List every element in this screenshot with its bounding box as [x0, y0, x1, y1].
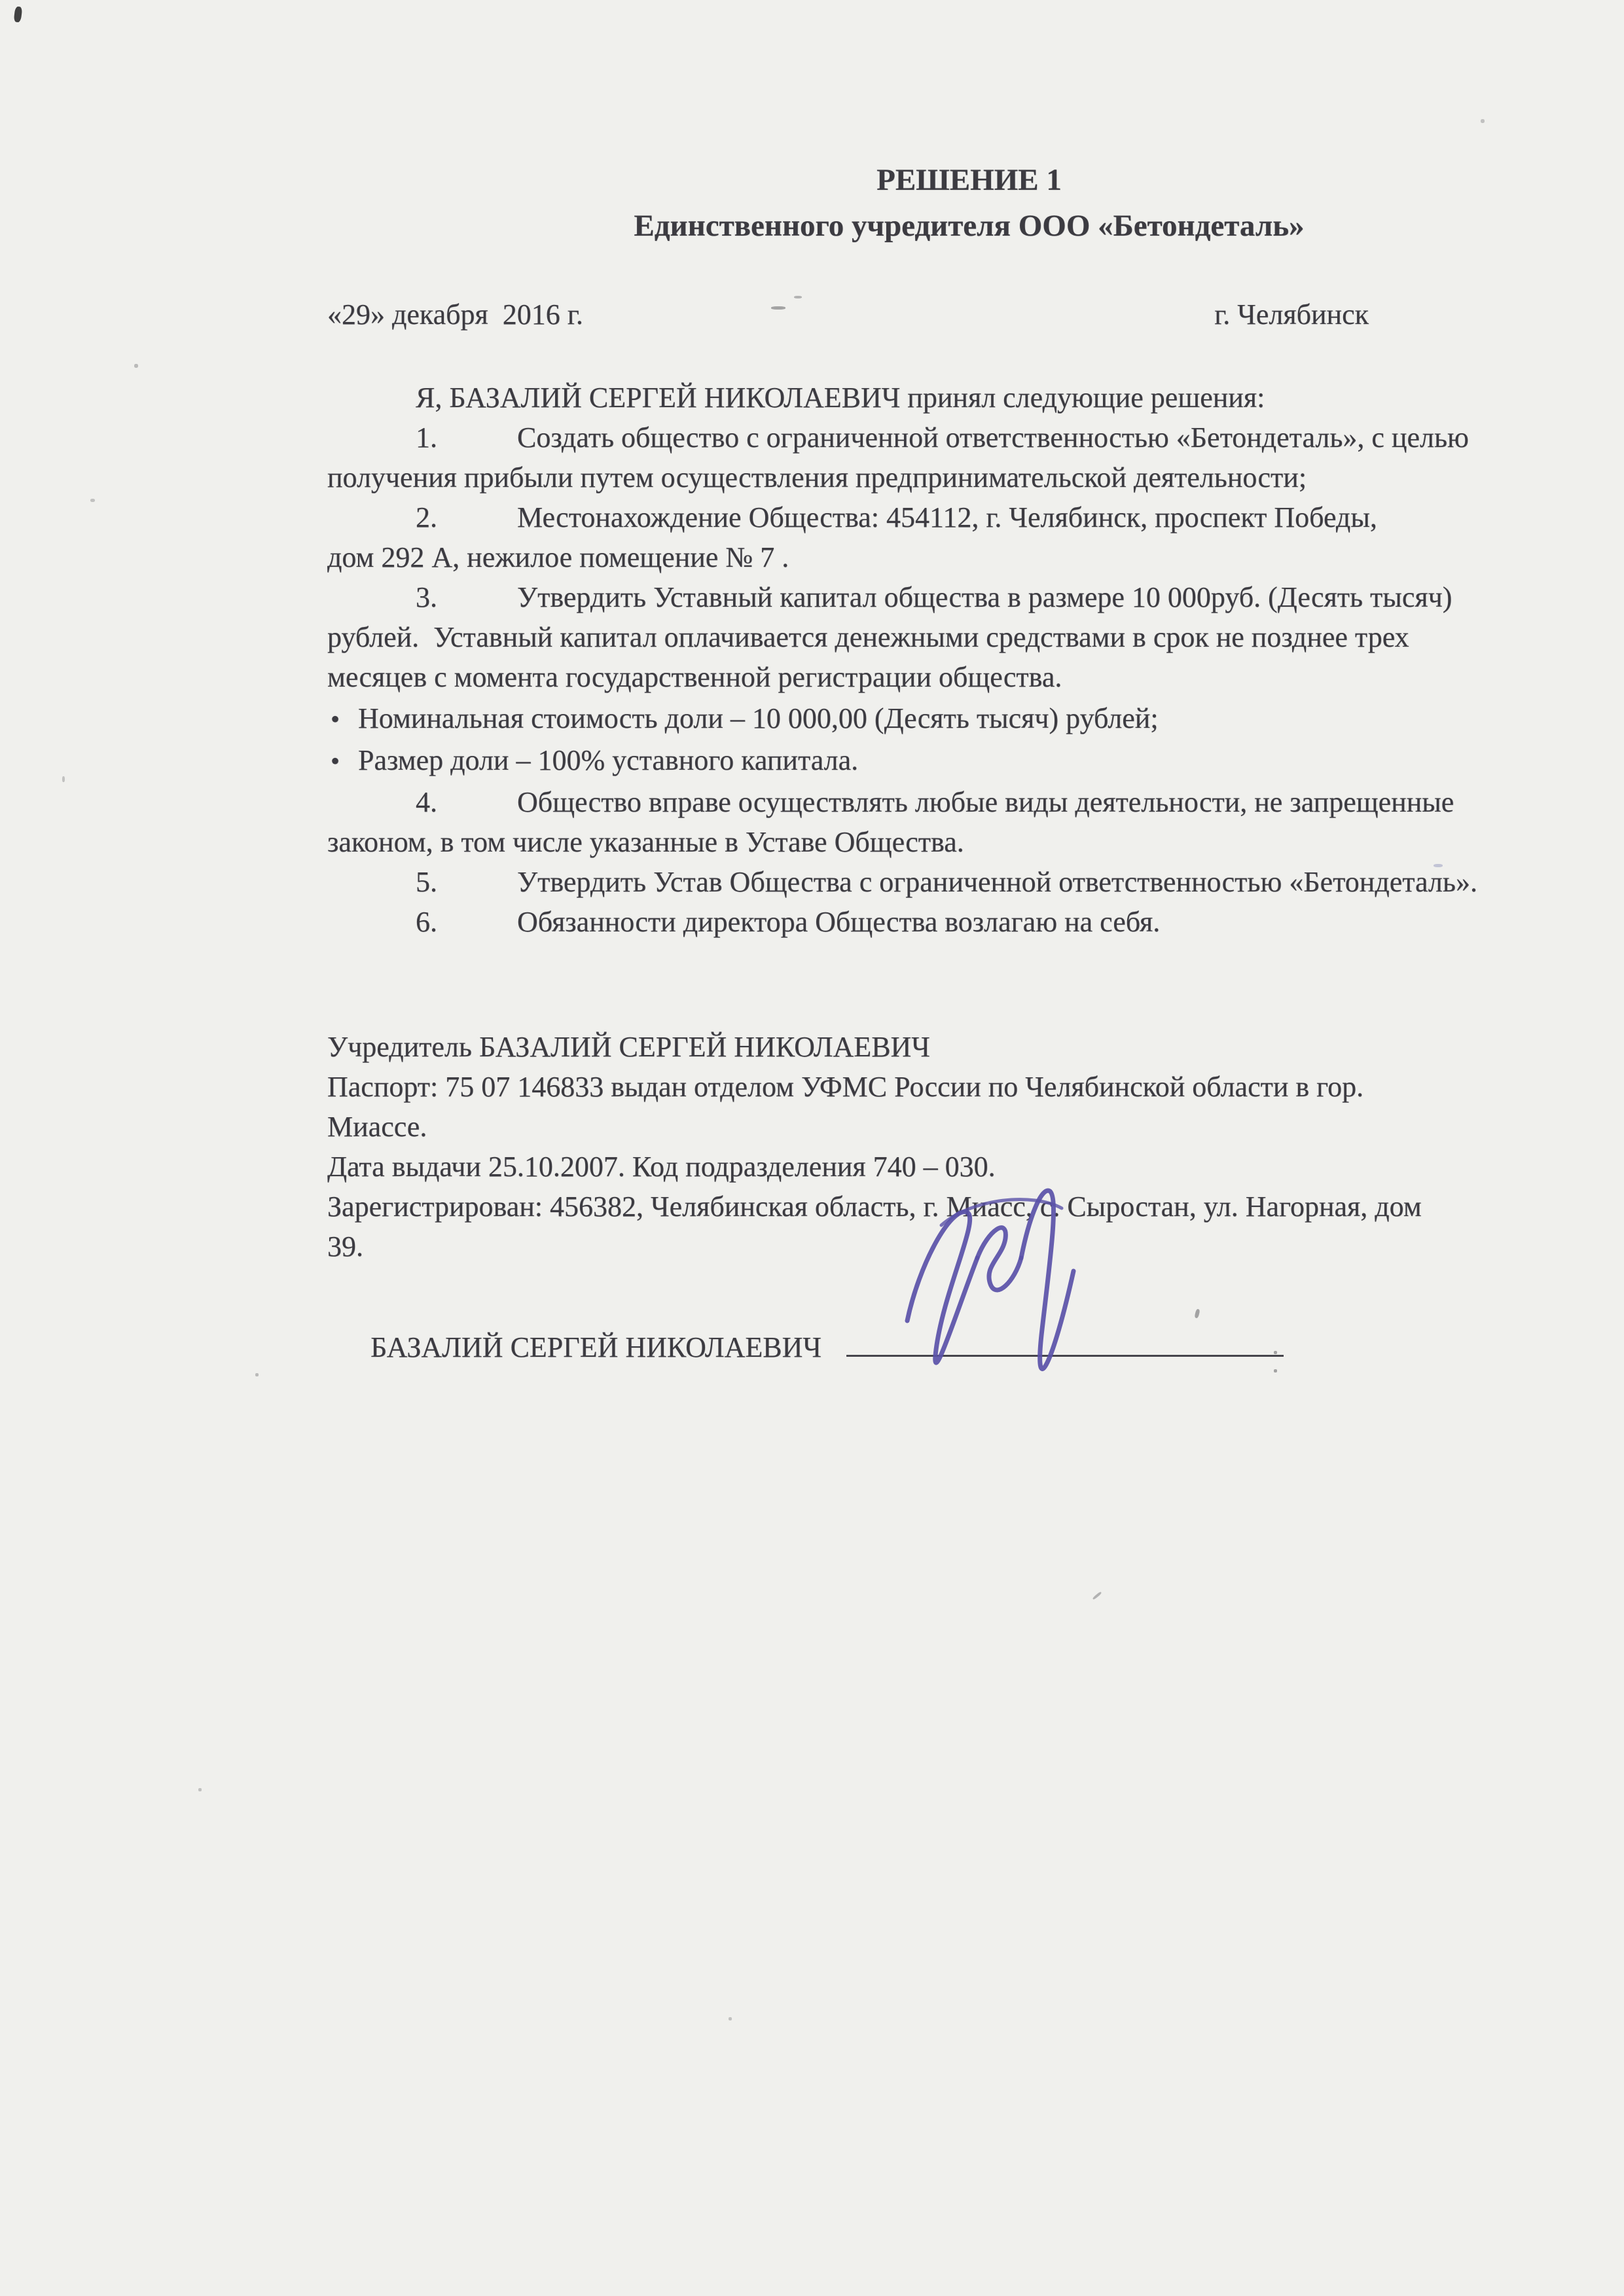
bullet-icon: •: [331, 699, 358, 739]
title-line-2: Единственного учредителя ООО «Бетондетал…: [458, 203, 1480, 249]
item-line: дом 292 А, нежилое помещение № 7 .: [327, 537, 1480, 577]
scan-speck: [198, 1788, 202, 1791]
decision-item-4: 4.Общество вправе осуществлять любые вид…: [327, 782, 1480, 862]
item-number: 3.: [416, 577, 517, 617]
signature-stroke: [907, 1211, 977, 1363]
decision-item-5: 5.Утвердить Устав Общества с ограниченно…: [327, 862, 1480, 902]
scan-speck: [1274, 1369, 1277, 1372]
item-line: 1.Создать общество с ограниченной ответс…: [327, 418, 1480, 457]
scan-speck: [729, 2017, 732, 2020]
scan-speck: [1481, 119, 1485, 123]
handwritten-signature: [844, 1178, 1152, 1453]
document-city: г. Челябинск: [1214, 295, 1369, 334]
passport-city-line: Миассе.: [327, 1107, 1480, 1147]
bullet-text: Размер доли – 100% уставного капитала.: [358, 744, 858, 776]
scan-speck: [134, 364, 138, 368]
bullet-text: Номинальная стоимость доли – 10 000,00 (…: [358, 702, 1159, 734]
item-number: 4.: [416, 782, 517, 822]
scan-speck: [255, 1373, 259, 1376]
signature-stroke: [1021, 1191, 1074, 1369]
bullet-item: •Размер доли – 100% уставного капитала.: [327, 740, 1480, 781]
item-line: 4.Общество вправе осуществлять любые вид…: [327, 782, 1480, 822]
passport-line: Паспорт: 75 07 146833 выдан отделом УФМС…: [327, 1067, 1480, 1107]
bullet-icon: •: [331, 741, 358, 781]
item-line: получения прибыли путем осуществления пр…: [327, 457, 1480, 497]
item-line: 6.Обязанности директора Общества возлага…: [327, 902, 1480, 942]
date-city-row: «29» декабря 2016 г. г. Челябинск: [327, 295, 1480, 334]
document-content: РЕШЕНИЕ 1 Единственного учредителя ООО «…: [0, 0, 1624, 1407]
scan-speck: [62, 776, 65, 782]
item-line: месяцев с момента государственной регист…: [327, 657, 1480, 697]
decision-item-6: 6.Обязанности директора Общества возлага…: [327, 902, 1480, 942]
scanned-document-page: РЕШЕНИЕ 1 Единственного учредителя ООО «…: [0, 0, 1624, 2296]
scan-speck: [771, 306, 785, 310]
title-line-1: РЕШЕНИЕ 1: [458, 157, 1480, 203]
bullet-item: •Номинальная стоимость доли – 10 000,00 …: [327, 698, 1480, 739]
scan-speck: [1434, 864, 1443, 867]
scan-speck: [1092, 1591, 1102, 1600]
item-text: Местонахождение Общества: 454112, г. Чел…: [517, 501, 1377, 533]
bullet-list: •Номинальная стоимость доли – 10 000,00 …: [327, 698, 1480, 781]
item-text: Обязанности директора Общества возлагаю …: [517, 906, 1160, 938]
signatory-name: БАЗАЛИЙ СЕРГЕЙ НИКОЛАЕВИЧ: [370, 1331, 821, 1363]
item-number: 1.: [416, 418, 517, 457]
item-line: законом, в том числе указанные в Уставе …: [327, 822, 1480, 862]
decision-item-3: 3.Утвердить Уставный капитал общества в …: [327, 577, 1480, 697]
document-title: РЕШЕНИЕ 1 Единственного учредителя ООО «…: [458, 157, 1480, 249]
item-line: 2.Местонахождение Общества: 454112, г. Ч…: [327, 497, 1480, 537]
signature-stroke: [977, 1228, 1021, 1290]
item-number: 2.: [416, 497, 517, 537]
founder-name-line: Учредитель БАЗАЛИЙ СЕРГЕЙ НИКОЛАЕВИЧ: [327, 1027, 1480, 1067]
item-text: Утвердить Устав Общества с ограниченной …: [517, 866, 1477, 898]
item-text: Общество вправе осуществлять любые виды …: [517, 786, 1454, 818]
scan-speck: [90, 499, 95, 502]
item-line: 5.Утвердить Устав Общества с ограниченно…: [327, 862, 1480, 902]
scan-speck: [794, 296, 802, 298]
intro-paragraph: Я, БАЗАЛИЙ СЕРГЕЙ НИКОЛАЕВИЧ принял след…: [327, 378, 1480, 418]
document-date: «29» декабря 2016 г.: [327, 295, 583, 334]
item-line: рублей. Уставный капитал оплачивается де…: [327, 617, 1480, 657]
scan-speck: [1274, 1351, 1277, 1354]
item-text: Утвердить Уставный капитал общества в ра…: [517, 581, 1452, 613]
decision-item-1: 1.Создать общество с ограниченной ответс…: [327, 418, 1480, 497]
item-number: 6.: [416, 902, 517, 942]
item-number: 5.: [416, 862, 517, 902]
item-text: Создать общество с ограниченной ответств…: [517, 422, 1469, 454]
item-line: 3.Утвердить Уставный капитал общества в …: [327, 577, 1480, 617]
decision-item-2: 2.Местонахождение Общества: 454112, г. Ч…: [327, 497, 1480, 577]
